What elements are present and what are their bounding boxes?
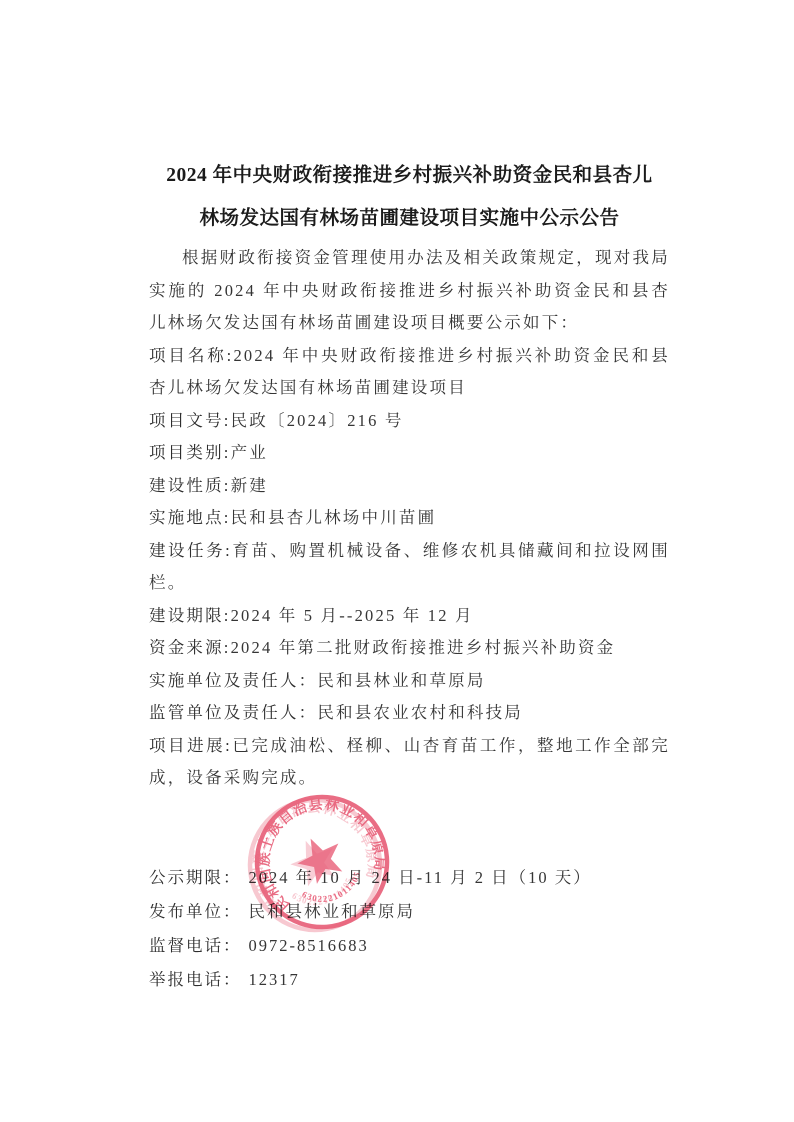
field-label: 建设期限: <box>149 606 231 625</box>
field-value: 0972-8516683 <box>249 936 369 955</box>
document-page: 2024 年中央财政衔接推进乡村振兴补助资金民和县杏儿 林场发达国有林场苗圃建设… <box>0 0 794 1122</box>
field-row-supervising-unit: 监管单位及责任人：民和县农业农村和科技局 <box>149 697 670 730</box>
field-value: 民和县林业和草原局 <box>249 902 416 921</box>
field-row-duration: 建设期限:2024 年 5 月--2025 年 12 月 <box>149 600 670 633</box>
field-label: 建设性质: <box>149 476 231 495</box>
field-value: 产业 <box>231 443 268 462</box>
field-label: 实施单位及责任人： <box>149 671 317 690</box>
field-label: 项目进展: <box>149 736 232 755</box>
field-row-tasks: 建设任务:育苗、购置机械设备、维修农机具储藏间和拉设网围栏。 <box>149 535 670 600</box>
field-row-location: 实施地点:民和县杏儿林场中川苗圃 <box>149 502 670 535</box>
field-row-doc-number: 项目文号:民政〔2024〕216 号 <box>149 405 670 438</box>
field-label: 项目文号: <box>149 411 231 430</box>
footer-row-publisher: 发布单位：民和县林业和草原局 <box>149 895 670 929</box>
field-row-implementing-unit: 实施单位及责任人：民和县林业和草原局 <box>149 665 670 698</box>
document-title: 2024 年中央财政衔接推进乡村振兴补助资金民和县杏儿 林场发达国有林场苗圃建设… <box>149 148 670 240</box>
title-line-2: 林场发达国有林场苗圃建设项目实施中公示公告 <box>149 197 670 240</box>
field-value: 12317 <box>249 970 300 989</box>
field-value: 2024 年 5 月--2025 年 12 月 <box>231 606 474 625</box>
field-label: 监督电话： <box>149 936 242 955</box>
field-value: 新建 <box>231 476 268 495</box>
field-label: 发布单位： <box>149 902 242 921</box>
intro-paragraph: 根据财政衔接资金管理使用办法及相关政策规定，现对我局实施的 2024 年中央财政… <box>149 242 670 340</box>
document-content: 2024 年中央财政衔接推进乡村振兴补助资金民和县杏儿 林场发达国有林场苗圃建设… <box>149 148 670 997</box>
footer-row-publicity-period: 公示期限：2024 年 10 月 24 日-11 月 2 日（10 天） <box>149 861 670 895</box>
footer-row-supervision-phone: 监督电话：0972-8516683 <box>149 929 670 963</box>
field-value: 民政〔2024〕216 号 <box>231 411 404 430</box>
field-label: 举报电话： <box>149 970 242 989</box>
field-value: 2024 年第二批财政衔接推进乡村振兴补助资金 <box>231 638 616 657</box>
footer-row-report-phone: 举报电话：12317 <box>149 963 670 997</box>
field-value: 民和县杏儿林场中川苗圃 <box>231 508 437 527</box>
field-label: 监管单位及责任人： <box>149 703 317 722</box>
field-row-build-nature: 建设性质:新建 <box>149 470 670 503</box>
field-label: 建设任务: <box>149 541 232 560</box>
field-row-category: 项目类别:产业 <box>149 437 670 470</box>
footer-block: 公示期限：2024 年 10 月 24 日-11 月 2 日（10 天） 发布单… <box>149 861 670 997</box>
field-label: 资金来源: <box>149 638 231 657</box>
title-line-1: 2024 年中央财政衔接推进乡村振兴补助资金民和县杏儿 <box>149 154 670 197</box>
field-row-progress: 项目进展:已完成油松、柽柳、山杏育苗工作，整地工作全部完成，设备采购完成。 <box>149 730 670 795</box>
field-row-project-name: 项目名称:2024 年中央财政衔接推进乡村振兴补助资金民和县杏儿林场欠发达国有林… <box>149 340 670 405</box>
field-row-fund-source: 资金来源:2024 年第二批财政衔接推进乡村振兴补助资金 <box>149 632 670 665</box>
field-label: 公示期限： <box>149 868 242 887</box>
field-value: 2024 年 10 月 24 日-11 月 2 日（10 天） <box>249 868 592 887</box>
field-value: 民和县林业和草原局 <box>317 671 485 690</box>
field-label: 项目名称: <box>149 346 233 365</box>
field-label: 实施地点: <box>149 508 231 527</box>
field-value: 民和县农业农村和科技局 <box>317 703 523 722</box>
field-label: 项目类别: <box>149 443 231 462</box>
